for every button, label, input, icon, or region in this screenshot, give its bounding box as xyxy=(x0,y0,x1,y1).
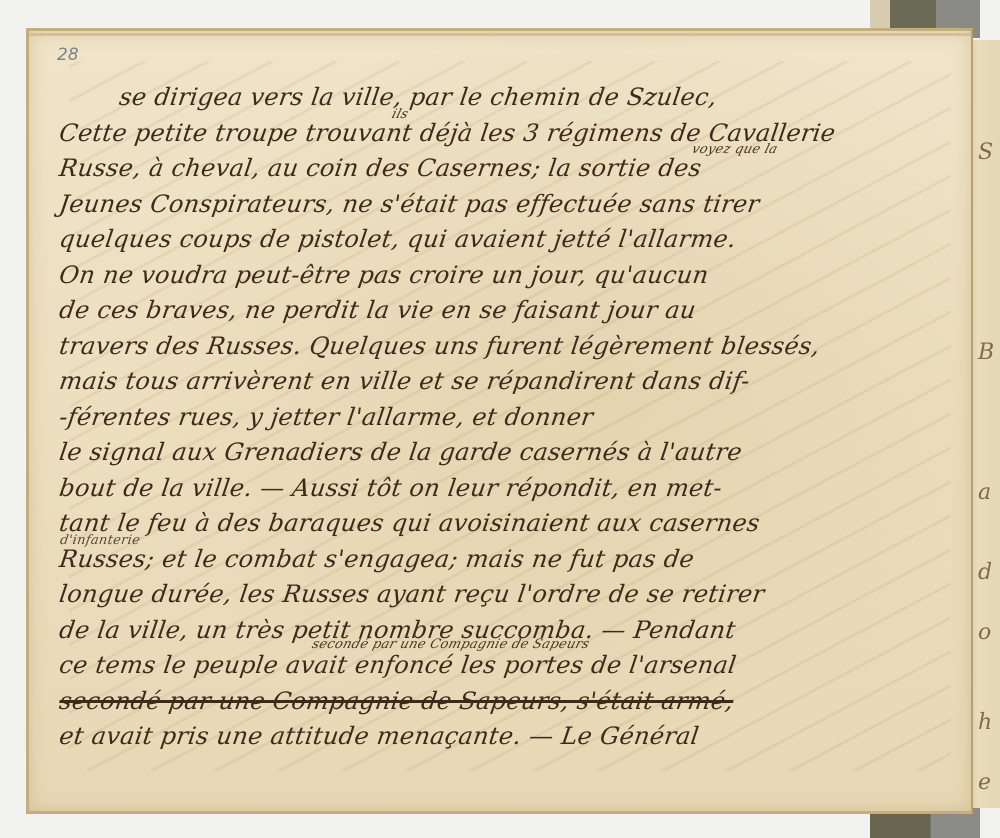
next-page-fragment: S xyxy=(978,140,993,165)
text-line: mais tous arrivèrent en ville et se répa… xyxy=(57,367,967,403)
text-line: de ces braves, ne perdit la vie en se fa… xyxy=(57,296,967,332)
text-line: secondé par une Compagnie de Sapeurs ce … xyxy=(57,651,967,687)
text-line: d'infanterie Russes; et le combat s'enga… xyxy=(57,545,967,581)
next-page-fragment: h xyxy=(978,710,992,735)
manuscript-scan: S B a d o h e 28 se dirigea vers la vill… xyxy=(0,0,1000,838)
text-line: et avait pris une attitude menaçante. — … xyxy=(57,722,967,758)
text-line: voyez que la Russe, à cheval, au coin de… xyxy=(57,154,967,190)
handwritten-text-block: se dirigea vers la ville, par le chemin … xyxy=(59,83,964,758)
next-page-fragment: e xyxy=(978,770,991,795)
text-line: On ne voudra peut-être pas croire un jou… xyxy=(57,261,967,297)
next-page-fragment: d xyxy=(978,560,992,585)
interlinear-insertion: secondé par une Compagnie de Sapeurs xyxy=(310,637,591,652)
text-line: travers des Russes. Quelques uns furent … xyxy=(57,332,967,368)
next-page-fragment: a xyxy=(978,480,991,505)
text-line: tant le feu à des baraques qui avoisinai… xyxy=(57,509,967,545)
text-line: longue durée, les Russes ayant reçu l'or… xyxy=(57,580,967,616)
text-line: le signal aux Grenadiers de la garde cas… xyxy=(57,438,967,474)
text-line: bout de la ville. — Aussi tôt on leur ré… xyxy=(57,474,967,510)
text-line: secondé par une Compagnie de Sapeurs, s'… xyxy=(57,687,967,723)
next-page-fragment: o xyxy=(978,620,991,645)
folio-number: 28 xyxy=(57,45,79,65)
text-line: -férentes rues, y jetter l'allarme, et d… xyxy=(57,403,967,439)
text-line: quelques coups de pistolet, qui avaient … xyxy=(57,225,967,261)
manuscript-page: 28 se dirigea vers la ville, par le chem… xyxy=(26,28,973,814)
text-line: Jeunes Conspirateurs, ne s'était pas eff… xyxy=(57,190,967,226)
text-line: ils Cette petite troupe trouvant déjà le… xyxy=(57,119,967,155)
text-line: se dirigea vers la ville, par le chemin … xyxy=(57,83,967,119)
margin-note: d'infanterie xyxy=(59,533,141,548)
interlinear-insertion: voyez que la xyxy=(690,142,779,157)
next-page-fragment: B xyxy=(978,340,994,365)
